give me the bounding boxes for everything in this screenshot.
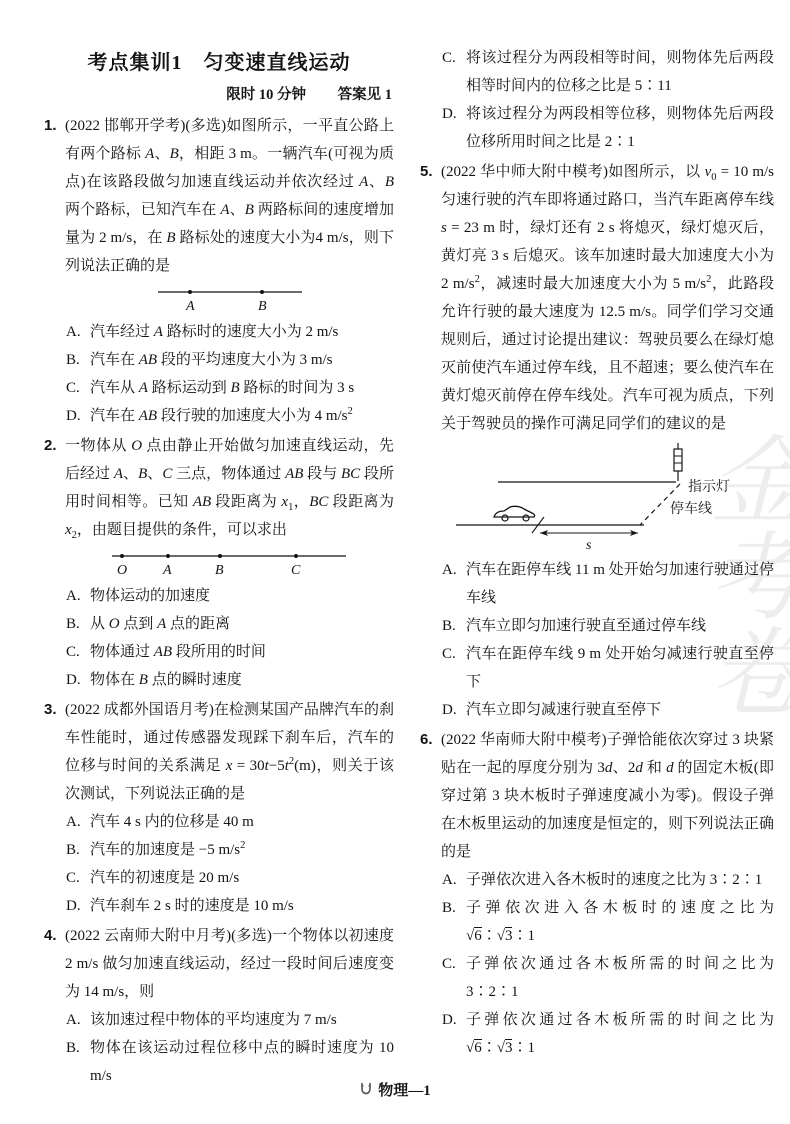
problem-5-number: 5. — [420, 158, 433, 186]
problem-1: 1. (2022 邯郸开学考)(多选)如图所示，一平直公路上有两个路标 A、B，… — [44, 112, 394, 430]
problem-5-option-c: C. 汽车在距停车线 9 m 处开始匀减速行驶直至停下 — [441, 640, 774, 696]
option-text: 物体在 B 点的瞬时速度 — [90, 672, 242, 688]
problem-5-option-d: D. 汽车立即匀减速行驶直至停下 — [441, 696, 774, 724]
problem-1-option-b: B. 汽车在 AB 段的平均速度大小为 3 m/s — [65, 346, 394, 374]
option-label: A. — [442, 866, 457, 894]
problem-6-number: 6. — [420, 726, 433, 754]
option-text: 汽车立即匀减速行驶直至停下 — [466, 702, 661, 718]
left-column: 考点集训1 匀变速直线运动 限时 10 分钟 答案见 1 1. (2022 邯郸… — [44, 44, 394, 1092]
problem-5-stem: (2022 华中师大附中模考)如图所示，以 v0 = 10 m/s匀速行驶的汽车… — [441, 158, 774, 438]
option-text: 汽车在距停车线 11 m 处开始匀加速行驶通过停车线 — [466, 562, 774, 606]
option-label: C. — [442, 950, 456, 978]
option-text: 将该过程分为两段相等时间，则物体先后两段相等时间内的位移之比是 5∶11 — [466, 50, 774, 94]
problem-1-figure: A B — [65, 283, 394, 315]
option-text: 物体运动的加速度 — [90, 588, 210, 604]
option-label: B. — [442, 894, 456, 922]
option-text: 物体通过 AB 段所用的时间 — [90, 644, 266, 660]
option-text: 汽车经过 A 路标时的速度大小为 2 m/s — [90, 324, 338, 340]
option-text: 汽车立即匀加速行驶直至通过停车线 — [466, 618, 706, 634]
problem-4-stem: (2022 云南师大附中月考)(多选)一个物体以初速度 2 m/s 做匀加速直线… — [65, 922, 394, 1006]
option-text: 汽车从 A 路标运动到 B 路标的时间为 3 s — [90, 380, 354, 396]
stop-line-label: 停车线 — [670, 500, 712, 517]
option-text: 子弹依次通过各木板所需的时间之比为 3∶2∶1 — [466, 956, 774, 1000]
option-label: C. — [442, 640, 456, 668]
problem-5-option-a: A. 汽车在距停车线 11 m 处开始匀加速行驶通过停车线 — [441, 556, 774, 612]
problem-1-option-d: D. 汽车在 AB 段行驶的加速度大小为 4 m/s2 — [65, 402, 394, 430]
problem-2-number: 2. — [44, 432, 57, 460]
segment-AB-diagram: A B — [150, 283, 310, 315]
problem-2-stem: 一物体从 O 点由静止开始做匀加速直线运动，先后经过 A、B、C 三点，物体通过… — [65, 432, 394, 544]
problem-3-option-d: D. 汽车刹车 2 s 时的速度是 10 m/s — [65, 892, 394, 920]
problem-6-option-b: B. 子弹依次进入各木板时的速度之比为√6∶√3∶1 — [441, 894, 774, 950]
option-label: C. — [442, 44, 456, 72]
option-label: B. — [66, 1034, 80, 1062]
problem-1-option-c: C. 汽车从 A 路标运动到 B 路标的时间为 3 s — [65, 374, 394, 402]
problem-3-option-b: B. 汽车的加速度是 −5 m/s2 — [65, 836, 394, 864]
mark-O-label: O — [117, 563, 127, 578]
road-intersection-diagram: s 指示灯 停车线 — [448, 441, 768, 553]
problem-6-option-d: D. 子弹依次通过各木板所需的时间之比为√6∶√3∶1 — [441, 1006, 774, 1062]
problem-5-option-b: B. 汽车立即匀加速行驶直至通过停车线 — [441, 612, 774, 640]
problem-6-stem: (2022 华南师大附中模考)子弹恰能依次穿过 3 块紧贴在一起的厚度分别为 3… — [441, 726, 774, 866]
option-text: 汽车在 AB 段行驶的加速度大小为 4 m/s2 — [90, 408, 353, 424]
option-label: A. — [66, 1006, 81, 1034]
right-column: C. 将该过程分为两段相等时间，则物体先后两段相等时间内的位移之比是 5∶11 … — [420, 44, 774, 1092]
option-text: 汽车刹车 2 s 时的速度是 10 m/s — [90, 898, 294, 914]
problem-4-option-d: D. 将该过程分为两段相等位移，则物体先后两段位移所用时间之比是 2∶1 — [441, 100, 774, 156]
option-text: 汽车的加速度是 −5 m/s2 — [90, 842, 245, 858]
option-label: A. — [66, 318, 81, 346]
option-text: 汽车在 AB 段的平均速度大小为 3 m/s — [90, 352, 333, 368]
mark-A-label: A — [162, 563, 172, 578]
option-label: D. — [66, 892, 81, 920]
option-text: 将该过程分为两段相等位移，则物体先后两段位移所用时间之比是 2∶1 — [466, 106, 774, 150]
page-footer: 物理—1 — [0, 1079, 790, 1102]
mark-C-label: C — [291, 563, 301, 578]
problem-2: 2. 一物体从 O 点由静止开始做匀加速直线运动，先后经过 A、B、C 三点，物… — [44, 432, 394, 694]
two-column-layout: 考点集训1 匀变速直线运动 限时 10 分钟 答案见 1 1. (2022 邯郸… — [0, 0, 790, 1092]
time-limit: 限时 10 分钟 — [226, 87, 306, 103]
mark-A-label: A — [185, 299, 195, 314]
option-text: 子弹依次通过各木板所需的时间之比为√6∶√3∶1 — [466, 1012, 774, 1056]
page-title: 考点集训1 匀变速直线运动 — [44, 46, 394, 75]
option-label: B. — [442, 612, 456, 640]
option-label: B. — [66, 836, 80, 864]
problem-3-number: 3. — [44, 696, 57, 724]
option-label: C. — [66, 374, 80, 402]
mark-B-label: B — [258, 299, 267, 314]
option-label: D. — [442, 100, 457, 128]
problem-5-figure: s 指示灯 停车线 — [441, 441, 774, 553]
problem-4-number: 4. — [44, 922, 57, 950]
problem-2-figure: O A B C — [65, 547, 394, 579]
option-text: 汽车 4 s 内的位移是 40 m — [90, 814, 254, 830]
problem-3-option-a: A. 汽车 4 s 内的位移是 40 m — [65, 808, 394, 836]
option-label: A. — [66, 582, 81, 610]
footer-label: 物理—1 — [378, 1083, 431, 1099]
problem-5: 5. (2022 华中师大附中模考)如图所示，以 v0 = 10 m/s匀速行驶… — [420, 158, 774, 724]
problem-1-number: 1. — [44, 112, 57, 140]
problem-2-option-b: B. 从 O 点到 A 点的距离 — [65, 610, 394, 638]
problem-4-continued: C. 将该过程分为两段相等时间，则物体先后两段相等时间内的位移之比是 5∶11 … — [420, 44, 774, 156]
option-text: 汽车的初速度是 20 m/s — [90, 870, 239, 886]
option-label: A. — [442, 556, 457, 584]
problem-4-option-c: C. 将该过程分为两段相等时间，则物体先后两段相等时间内的位移之比是 5∶11 — [441, 44, 774, 100]
option-label: C. — [66, 638, 80, 666]
problem-2-option-a: A. 物体运动的加速度 — [65, 582, 394, 610]
problem-4-option-a: A. 该加速过程中物体的平均速度为 7 m/s — [65, 1006, 394, 1034]
option-text: 子弹依次进入各木板时的速度之比为√6∶√3∶1 — [466, 900, 774, 944]
segment-OABC-diagram: O A B C — [110, 547, 350, 579]
option-text: 子弹依次进入各木板时的速度之比为 3∶2∶1 — [466, 872, 762, 888]
problem-6: 6. (2022 华南师大附中模考)子弹恰能依次穿过 3 块紧贴在一起的厚度分别… — [420, 726, 774, 1062]
problem-3-option-c: C. 汽车的初速度是 20 m/s — [65, 864, 394, 892]
worksheet-page: 考点集训1 匀变速直线运动 限时 10 分钟 答案见 1 1. (2022 邯郸… — [0, 0, 790, 1124]
magnet-icon — [359, 1082, 373, 1102]
option-label: A. — [66, 808, 81, 836]
option-label: D. — [442, 1006, 457, 1034]
option-label: D. — [66, 666, 81, 694]
distance-label: s — [586, 538, 592, 553]
option-label: D. — [66, 402, 81, 430]
traffic-light-icon — [674, 443, 682, 481]
option-text: 物体在该运动过程位移中点的瞬时速度为 10 m/s — [90, 1040, 394, 1084]
traffic-light-label: 指示灯 — [688, 478, 730, 495]
option-label: B. — [66, 610, 80, 638]
problem-3: 3. (2022 成都外国语月考)在检测某国产品牌汽车的刹车性能时，通过传感器发… — [44, 696, 394, 920]
option-text: 从 O 点到 A 点的距离 — [90, 616, 230, 632]
option-label: B. — [66, 346, 80, 374]
answer-reference: 答案见 1 — [338, 87, 392, 103]
mark-B-label: B — [215, 563, 224, 578]
problem-1-stem: (2022 邯郸开学考)(多选)如图所示，一平直公路上有两个路标 A、B，相距 … — [65, 112, 394, 280]
problem-3-stem: (2022 成都外国语月考)在检测某国产品牌汽车的刹车性能时，通过传感器发现踩下… — [65, 696, 394, 808]
option-text: 汽车在距停车线 9 m 处开始匀减速行驶直至停下 — [466, 646, 774, 690]
option-label: C. — [66, 864, 80, 892]
problem-2-option-c: C. 物体通过 AB 段所用的时间 — [65, 638, 394, 666]
problem-6-option-c: C. 子弹依次通过各木板所需的时间之比为 3∶2∶1 — [441, 950, 774, 1006]
problem-1-option-a: A. 汽车经过 A 路标时的速度大小为 2 m/s — [65, 318, 394, 346]
problem-2-option-d: D. 物体在 B 点的瞬时速度 — [65, 666, 394, 694]
option-text: 该加速过程中物体的平均速度为 7 m/s — [90, 1012, 337, 1028]
distance-arrow: s — [540, 530, 638, 553]
problem-4: 4. (2022 云南师大附中月考)(多选)一个物体以初速度 2 m/s 做匀加… — [44, 922, 394, 1090]
header-meta: 限时 10 分钟 答案见 1 — [44, 83, 392, 104]
car-icon — [494, 506, 535, 521]
option-label: D. — [442, 696, 457, 724]
problem-6-option-a: A. 子弹依次进入各木板时的速度之比为 3∶2∶1 — [441, 866, 774, 894]
